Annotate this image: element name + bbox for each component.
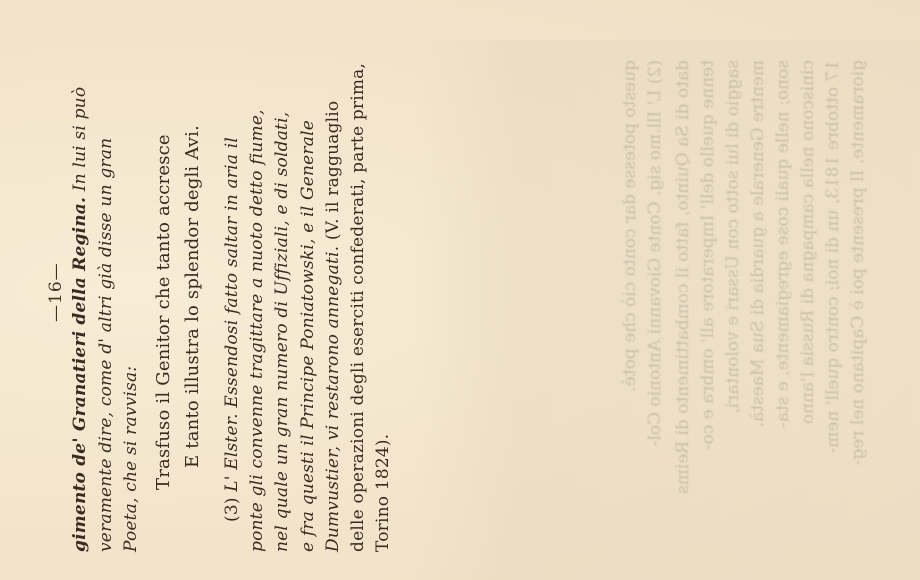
note3-line5-normal: (V. il ragguaglio (323, 101, 343, 246)
bleed-line: questo potesse dar conto ciò che poté. (620, 60, 640, 392)
bleed-line: saggio di lui sotto con Ussari e volonta… (723, 60, 743, 414)
para1-line1-italic: Granatieri della Regina. (70, 197, 90, 431)
note3-line1-text: L' Elster. Essendosi fatto saltar in ari… (222, 137, 242, 492)
bleed-line: sono; nelle quali cose egregiamente, e s… (773, 60, 793, 428)
para1-line1-tail: In lui si può (70, 87, 90, 197)
para1-line1-start: gimento de' (70, 431, 90, 552)
note3-line6: delle operazioni degli eserciti confeder… (348, 63, 368, 552)
bleed-line: mentre Generale a guardia di Sua Maestà. (748, 60, 768, 427)
verse-line2: E tanto illustra lo splendor degli Avi. (183, 125, 203, 468)
note3-line4: e fra questi il Principe Poniatowski, e … (298, 120, 318, 552)
bleed-line: 17 ottobre 1813, un di noi; contro quell… (823, 60, 843, 454)
bleed-through-text: gioramente. Il presente poi è Capitano n… (440, 0, 920, 580)
bleed-line: gioramente. Il presente poi è Capitano n… (848, 60, 868, 465)
bleed-line: ciniscono nella campagna di Russia l'ann… (798, 60, 818, 424)
para1-line2: veramente dire, come d' altri già disse … (96, 138, 116, 552)
bleed-line: tenne quello dell' Imperatore all' ombra… (698, 60, 718, 450)
scanned-book-page: —16— gimento de' Granatieri della Regina… (0, 0, 920, 580)
verse-line1: Trasfuso il Genitor che tanto accresce (154, 134, 174, 490)
note3-line3: nel quale un gran numero di Uffiziali, e… (272, 112, 292, 552)
para1-line1: gimento de' Granatieri della Regina. In … (70, 87, 90, 552)
note3-line2: ponte gli convenne tragittare a nuoto de… (247, 109, 267, 552)
note3-line5-italic: Dumvustier, vi restarono annegati. (323, 246, 343, 552)
bleed-line: (2) L' Ill.mo sig. Conte Giovanni Antoni… (645, 60, 665, 446)
note3-marker: (3) (222, 492, 242, 522)
bleed-line: dato di Sa Quinto, fatto il combattiment… (673, 60, 693, 494)
page-number: —16— (46, 262, 66, 322)
note3-line7: Torino 1824). (373, 434, 393, 552)
note3-line5: Dumvustier, vi restarono annegati. (V. i… (323, 101, 343, 552)
note3-line1: (3) L' Elster. Essendosi fatto saltar in… (222, 137, 242, 522)
para1-line3: Poeta, che si ravvisa: (121, 366, 141, 552)
